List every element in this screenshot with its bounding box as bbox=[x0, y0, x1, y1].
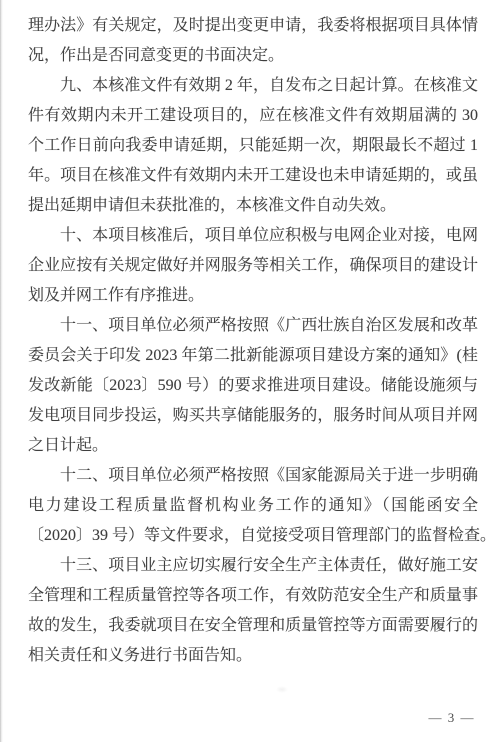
document-body: 理办法》有关规定，及时提出变更申请，我委将根据项目具体情 况，作出是否同意变更的… bbox=[28, 11, 478, 671]
text-line: 故的发生，我委就项目在安全管理和质量管控等方面需要履行的 bbox=[28, 611, 478, 641]
text-line: 理办法》有关规定，及时提出变更申请，我委将根据项目具体情 bbox=[28, 11, 478, 41]
text-line: 十二、项目单位必须严格按照《国家能源局关于进一步明确 bbox=[28, 461, 478, 491]
text-line: 十三、项目业主应切实履行安全生产主体责任，做好施工安 bbox=[28, 551, 478, 581]
text-line: 全管理和工程质量管控等各项工作，有效防范安全生产和质量事 bbox=[28, 581, 478, 611]
text-line: 〔2020〕39 号）等文件要求，自觉接受项目管理部门的监督检查。 bbox=[28, 521, 478, 551]
page-number: — 3 — bbox=[429, 710, 476, 726]
text-line: 发电项目同步投运，购买共享储能服务的，服务时间从项目并网 bbox=[28, 401, 478, 431]
text-line: 之日计起。 bbox=[28, 431, 478, 461]
text-line: 发改新能〔2023〕590 号）的要求推进项目建设。储能设施须与 bbox=[28, 371, 478, 401]
text-line: 电力建设工程质量监督机构业务工作的通知》（国能函安全 bbox=[28, 491, 478, 521]
document-page: 理办法》有关规定，及时提出变更申请，我委将根据项目具体情 况，作出是否同意变更的… bbox=[0, 0, 503, 742]
text-line: 划及并网工作有序推进。 bbox=[28, 281, 478, 311]
text-line: 九、本核准文件有效期 2 年，自发布之日起计算。在核准文 bbox=[28, 71, 478, 101]
text-line: 十、本项目核准后，项目单位应积极与电网企业对接，电网 bbox=[28, 221, 478, 251]
text-line: 相关责任和义务进行书面告知。 bbox=[28, 641, 478, 671]
text-line: 提出延期申请但未获批准的，本核准文件自动失效。 bbox=[28, 191, 478, 221]
text-line: 年。项目在核准文件有效期内未开工建设也未申请延期的，或虽 bbox=[28, 161, 478, 191]
text-line: 个工作日前向我委申请延期，只能延期一次，期限最长不超过 1 bbox=[28, 131, 478, 161]
text-line: 十一、项目单位必须严格按照《广西壮族自治区发展和改革 bbox=[28, 311, 478, 341]
text-line: 企业应按有关规定做好并网服务等相关工作，确保项目的建设计 bbox=[28, 251, 478, 281]
text-line: 况，作出是否同意变更的书面决定。 bbox=[28, 41, 478, 71]
text-line: 件有效期内未开工建设项目的，应在核准文件有效期届满的 30 bbox=[28, 101, 478, 131]
text-line: 委员会关于印发 2023 年第二批新能源项目建设方案的通知》(桂 bbox=[28, 341, 478, 371]
scan-edge-shadow bbox=[0, 0, 3, 742]
scan-smudge bbox=[276, 686, 288, 693]
